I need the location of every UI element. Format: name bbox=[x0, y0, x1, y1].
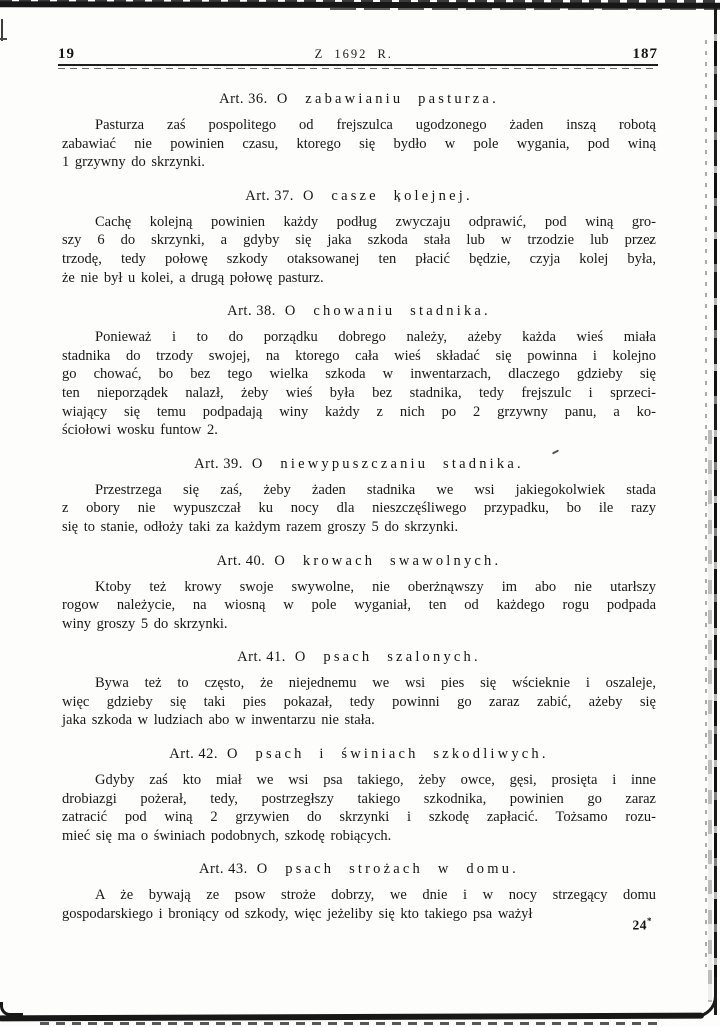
text-line: winy groszy 5 do skrzynki. bbox=[62, 615, 656, 634]
article: Art. 38.O chowaniu stadnika. Ponieważ i … bbox=[62, 302, 656, 440]
scan-artifact-bottom-left-corner bbox=[0, 1002, 23, 1016]
scan-artifact-bottom-dotted-edge bbox=[40, 1022, 660, 1025]
article: Art. 37.O casze kolejnej. Cachę kolejną … bbox=[62, 187, 656, 287]
article-number: Art. 42. bbox=[169, 746, 218, 762]
text-line: mieć się ma o świniach podobnych, szkodę… bbox=[62, 827, 656, 846]
article-heading: Art. 43.O psach strożach w domu. bbox=[62, 860, 656, 879]
article-number: Art. 39. bbox=[194, 456, 243, 472]
text-line: Bywa też to często, że niejednemu we wsi… bbox=[62, 674, 656, 693]
article-heading: Art. 36.O zabawianiu pasturza. bbox=[62, 90, 656, 109]
text-line: trzodę, tedy połowę szkody otaksowanej t… bbox=[62, 250, 656, 269]
article: Art. 41.O psach szalonych. Bywa też to c… bbox=[62, 648, 656, 730]
article: Art. 42.O psach i świniach szkodliwych. … bbox=[62, 745, 656, 845]
text-line: go chować, bo bez tego wielka szkoda w i… bbox=[62, 365, 656, 384]
article-title: O krowach swawolnych. bbox=[274, 553, 501, 569]
article-title: O zabawianiu pasturza. bbox=[277, 91, 499, 107]
article-number: Art. 40. bbox=[217, 553, 266, 569]
text-line: rogow należycie, na wiosną w pole wygani… bbox=[62, 596, 656, 615]
article: Art. 39.O niewypuszczaniu stadnika. Prze… bbox=[62, 455, 656, 537]
text-line: Pasturza zaś pospolitego od frejszulca u… bbox=[62, 116, 656, 135]
article-number: Art. 37. bbox=[245, 188, 294, 204]
signature-asterisk: * bbox=[647, 916, 652, 926]
text-line: ten nieporządek nalazł, żeby wieś była b… bbox=[62, 384, 656, 403]
page-number-right: 187 bbox=[633, 46, 659, 63]
text-line: zabawiać nie powinien czasu, ktorego się… bbox=[62, 135, 656, 154]
running-head-row: 19 Z 1692 R. 187 bbox=[58, 46, 658, 63]
article-number: Art. 38. bbox=[227, 303, 276, 319]
text-line: Cachę kolejną powinien każdy podług zwyc… bbox=[62, 213, 656, 232]
article-paragraph: A że bywają ze psow stroże dobrzy, we dn… bbox=[62, 886, 656, 923]
article-title: O psach szalonych. bbox=[295, 649, 481, 665]
text-line: wiający się temu podpadają winy każdy z … bbox=[62, 403, 656, 422]
article: Art. 36.O zabawianiu pasturza. Pasturza … bbox=[62, 90, 656, 172]
text-line: gospodarskiego i broniący od szkody, wię… bbox=[62, 905, 656, 924]
text-line: drobiazgi pożerał, tedy, postrzegłszy ta… bbox=[62, 790, 656, 809]
text-line: szy 6 do skrzynki, a gdyby się jaka szko… bbox=[62, 231, 656, 250]
scan-artifact-bottom-edge bbox=[0, 1013, 704, 1022]
text-line: A że bywają ze psow stroże dobrzy, we dn… bbox=[62, 886, 656, 905]
signature-number: 24 bbox=[633, 918, 648, 933]
text-line: Przestrzega się zaś, żeby żaden stadnika… bbox=[62, 481, 656, 500]
scan-artifact-left-mark-horizontal bbox=[0, 38, 7, 40]
text-line: stadnika do trzody swojej, na ktorego ca… bbox=[62, 347, 656, 366]
article-title: O psach strożach w domu. bbox=[257, 861, 519, 877]
text-line: z obory nie wypuszczał ku nocy dla niesz… bbox=[62, 499, 656, 518]
article-heading: Art. 38.O chowaniu stadnika. bbox=[62, 302, 656, 321]
article-heading: Art. 37.O casze kolejnej. bbox=[62, 187, 656, 206]
text-line: zatracić pod winą 2 grzywien do skrzynki… bbox=[62, 808, 656, 827]
text-line: że nie był u kolei, a drugą połowę pastu… bbox=[62, 269, 656, 288]
scan-artifact-right-shadow bbox=[708, 430, 712, 1002]
article-number: Art. 43. bbox=[199, 861, 248, 877]
scan-artifact-top-edge-secondary bbox=[330, 8, 720, 10]
article-paragraph: Przestrzega się zaś, żeby żaden stadnika… bbox=[62, 481, 656, 537]
article-title: O psach i świniach szkodliwych. bbox=[227, 746, 549, 762]
text-line: więc gdzieby się taki pies pokazał, tedy… bbox=[62, 693, 656, 712]
text-line: ściołowi wosku funtow 2. bbox=[62, 421, 656, 440]
article-number: Art. 41. bbox=[237, 649, 286, 665]
article-paragraph: Bywa też to często, że niejednemu we wsi… bbox=[62, 674, 656, 730]
running-head: 19 Z 1692 R. 187 bbox=[58, 46, 658, 72]
article-heading: Art. 41.O psach szalonych. bbox=[62, 648, 656, 667]
text-line: Ktoby też krowy swoje swywolne, nie ober… bbox=[62, 578, 656, 597]
text-line: jaka szkoda w ludziach abo w inwentarzu … bbox=[62, 711, 656, 730]
article-list: Art. 36.O zabawianiu pasturza. Pasturza … bbox=[62, 90, 656, 924]
text-line: Ponieważ i to do porządku dobrego należy… bbox=[62, 328, 656, 347]
article-title: O casze kolejnej. bbox=[303, 188, 473, 204]
article-heading: Art. 40.O krowach swawolnych. bbox=[62, 552, 656, 571]
article: Art. 43.O psach strożach w domu. A że by… bbox=[62, 860, 656, 923]
article-paragraph: Ponieważ i to do porządku dobrego należy… bbox=[62, 328, 656, 440]
article-paragraph: Gdyby zaś kto miał we wsi psa takiego, ż… bbox=[62, 771, 656, 845]
article-heading: Art. 39.O niewypuszczaniu stadnika. bbox=[62, 455, 656, 474]
scanned-book-page: 19 Z 1692 R. 187 Art. 36.O zabawianiu pa… bbox=[0, 0, 720, 1027]
article-heading: Art. 42.O psach i świniach szkodliwych. bbox=[62, 745, 656, 764]
text-line: Gdyby zaś kto miał we wsi psa takiego, ż… bbox=[62, 771, 656, 790]
article-paragraph: Cachę kolejną powinien każdy podług zwyc… bbox=[62, 213, 656, 287]
scan-artifact-right-dotted-edge bbox=[705, 40, 707, 967]
article-number: Art. 36. bbox=[219, 91, 268, 107]
article: Art. 40.O krowach swawolnych. Ktoby też … bbox=[62, 552, 656, 634]
text-line: się to stanie, odłoży taki za każdym raz… bbox=[62, 518, 656, 537]
page-number-left: 19 bbox=[58, 46, 75, 63]
article-paragraph: Ktoby też krowy swoje swywolne, nie ober… bbox=[62, 578, 656, 634]
article-title: O niewypuszczaniu stadnika. bbox=[252, 456, 524, 472]
article-paragraph: Pasturza zaś pospolitego od frejszulca u… bbox=[62, 116, 656, 172]
scan-artifact-right-edge bbox=[714, 8, 717, 1015]
header-rule bbox=[58, 64, 658, 72]
text-line: 1 grzywny do skrzynki. bbox=[62, 153, 656, 172]
running-title: Z 1692 R. bbox=[75, 47, 633, 62]
article-title: O chowaniu stadnika. bbox=[285, 303, 491, 319]
signature-mark: 24* bbox=[633, 916, 653, 934]
